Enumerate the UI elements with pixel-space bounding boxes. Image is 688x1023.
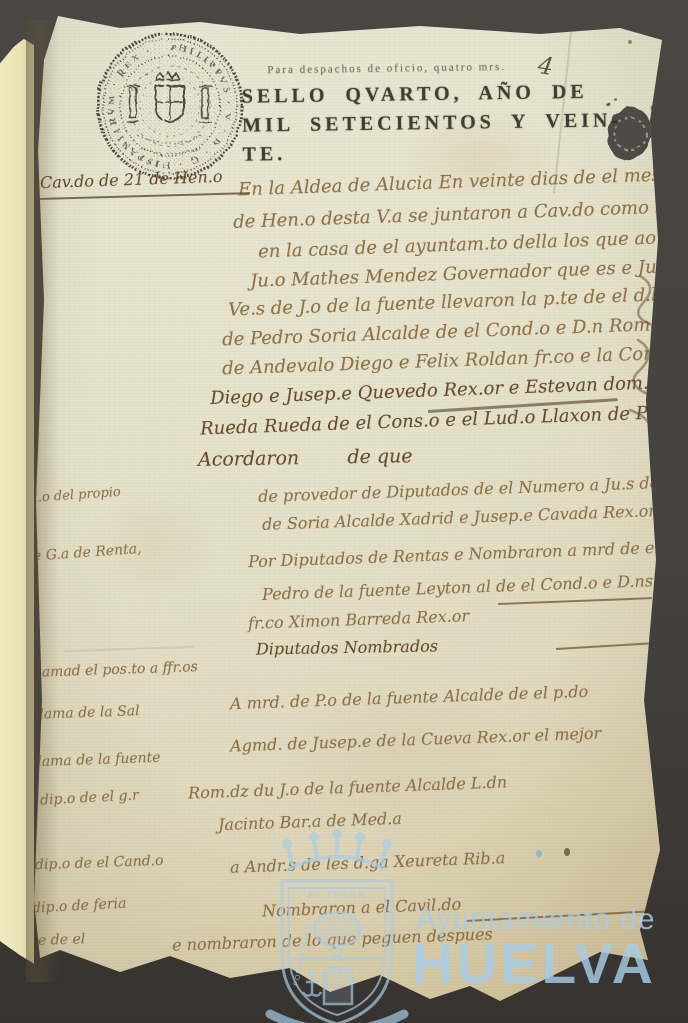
ink-speck [564, 848, 570, 856]
manuscript-line: Nombraron a el Cavil.do [262, 895, 462, 921]
book-flyleaf-edge [0, 0, 34, 1023]
ink-speck [628, 40, 632, 44]
sello-line-2: MIL SETECIENTOS Y VEIN- [242, 106, 622, 140]
printed-header: Para despachos de oficio, quatro mrs. SE… [241, 59, 622, 169]
manuscript-photo: PHILIPPVS · V · D · G · HISPANIARVM · RE… [0, 0, 688, 1023]
margin-note: dip.o de el g.r [40, 787, 139, 808]
manuscript-line: Por Diputados de Rentas e Nombraron a mr… [248, 538, 660, 571]
ink-blob-stamp [600, 98, 660, 170]
manuscript-line: Agmd. de Jusep.e de la Cueva Rex.or el m… [230, 724, 602, 756]
manuscript-line: Rom.dz du J.o de la fuente Alcalde L.dn [188, 772, 508, 802]
margin-note: Llama de la fuente [28, 750, 161, 771]
manuscript-line: fr.co Ximon Barreda Rex.or [248, 606, 470, 633]
blue-speck [536, 850, 542, 857]
ink-swash [580, 270, 660, 440]
margin-note: de G.a de Renta, [24, 541, 142, 565]
manuscript-line: En la Aldea de Alucia En veinte dias de … [238, 165, 661, 201]
manuscript-line: de Soria Alcalde Xadrid e Jusep.e Cavada… [262, 501, 657, 534]
margin-note: dip.o de el Cand.o [35, 853, 164, 873]
manuscript-line: A mrd. de P.o de la fuente Alcalde de el… [230, 682, 589, 713]
manuscript-line: Acordaron de que [198, 445, 413, 471]
margin-note: e de el [38, 931, 86, 949]
manuscript-line: de provedor de Diputados de el Numero a … [258, 469, 688, 506]
rule-line [466, 910, 658, 922]
paper-crease [64, 646, 194, 653]
margin-note: R.o del propio [28, 485, 122, 506]
manuscript-line: e nombraron de lo que peguen despues [172, 924, 493, 954]
document-page: PHILIPPVS · V · D · G · HISPANIARVM · RE… [24, 12, 670, 1012]
rule-line [498, 597, 652, 605]
rule-line [556, 642, 656, 650]
margin-note: dip.o de feria [32, 896, 127, 917]
manuscript-line: Diputados Nombrados [256, 636, 438, 658]
manuscript-line: a Andr.s de les d.ga Xeureta Rib.a [230, 848, 506, 877]
manuscript-line: de Hen.o desta V.a se juntaron a Cav.do … [233, 194, 688, 233]
margin-note: Llama de la Sal [30, 703, 140, 723]
margin-note: Llamad el pos.to a ffr.os [28, 659, 198, 681]
sello-line-3: TE. [242, 135, 622, 169]
office-dispatch-note: Para despachos de oficio, quatro mrs. [267, 59, 621, 76]
manuscript-line: Jacinto Bar.a de Med.a [218, 809, 402, 834]
